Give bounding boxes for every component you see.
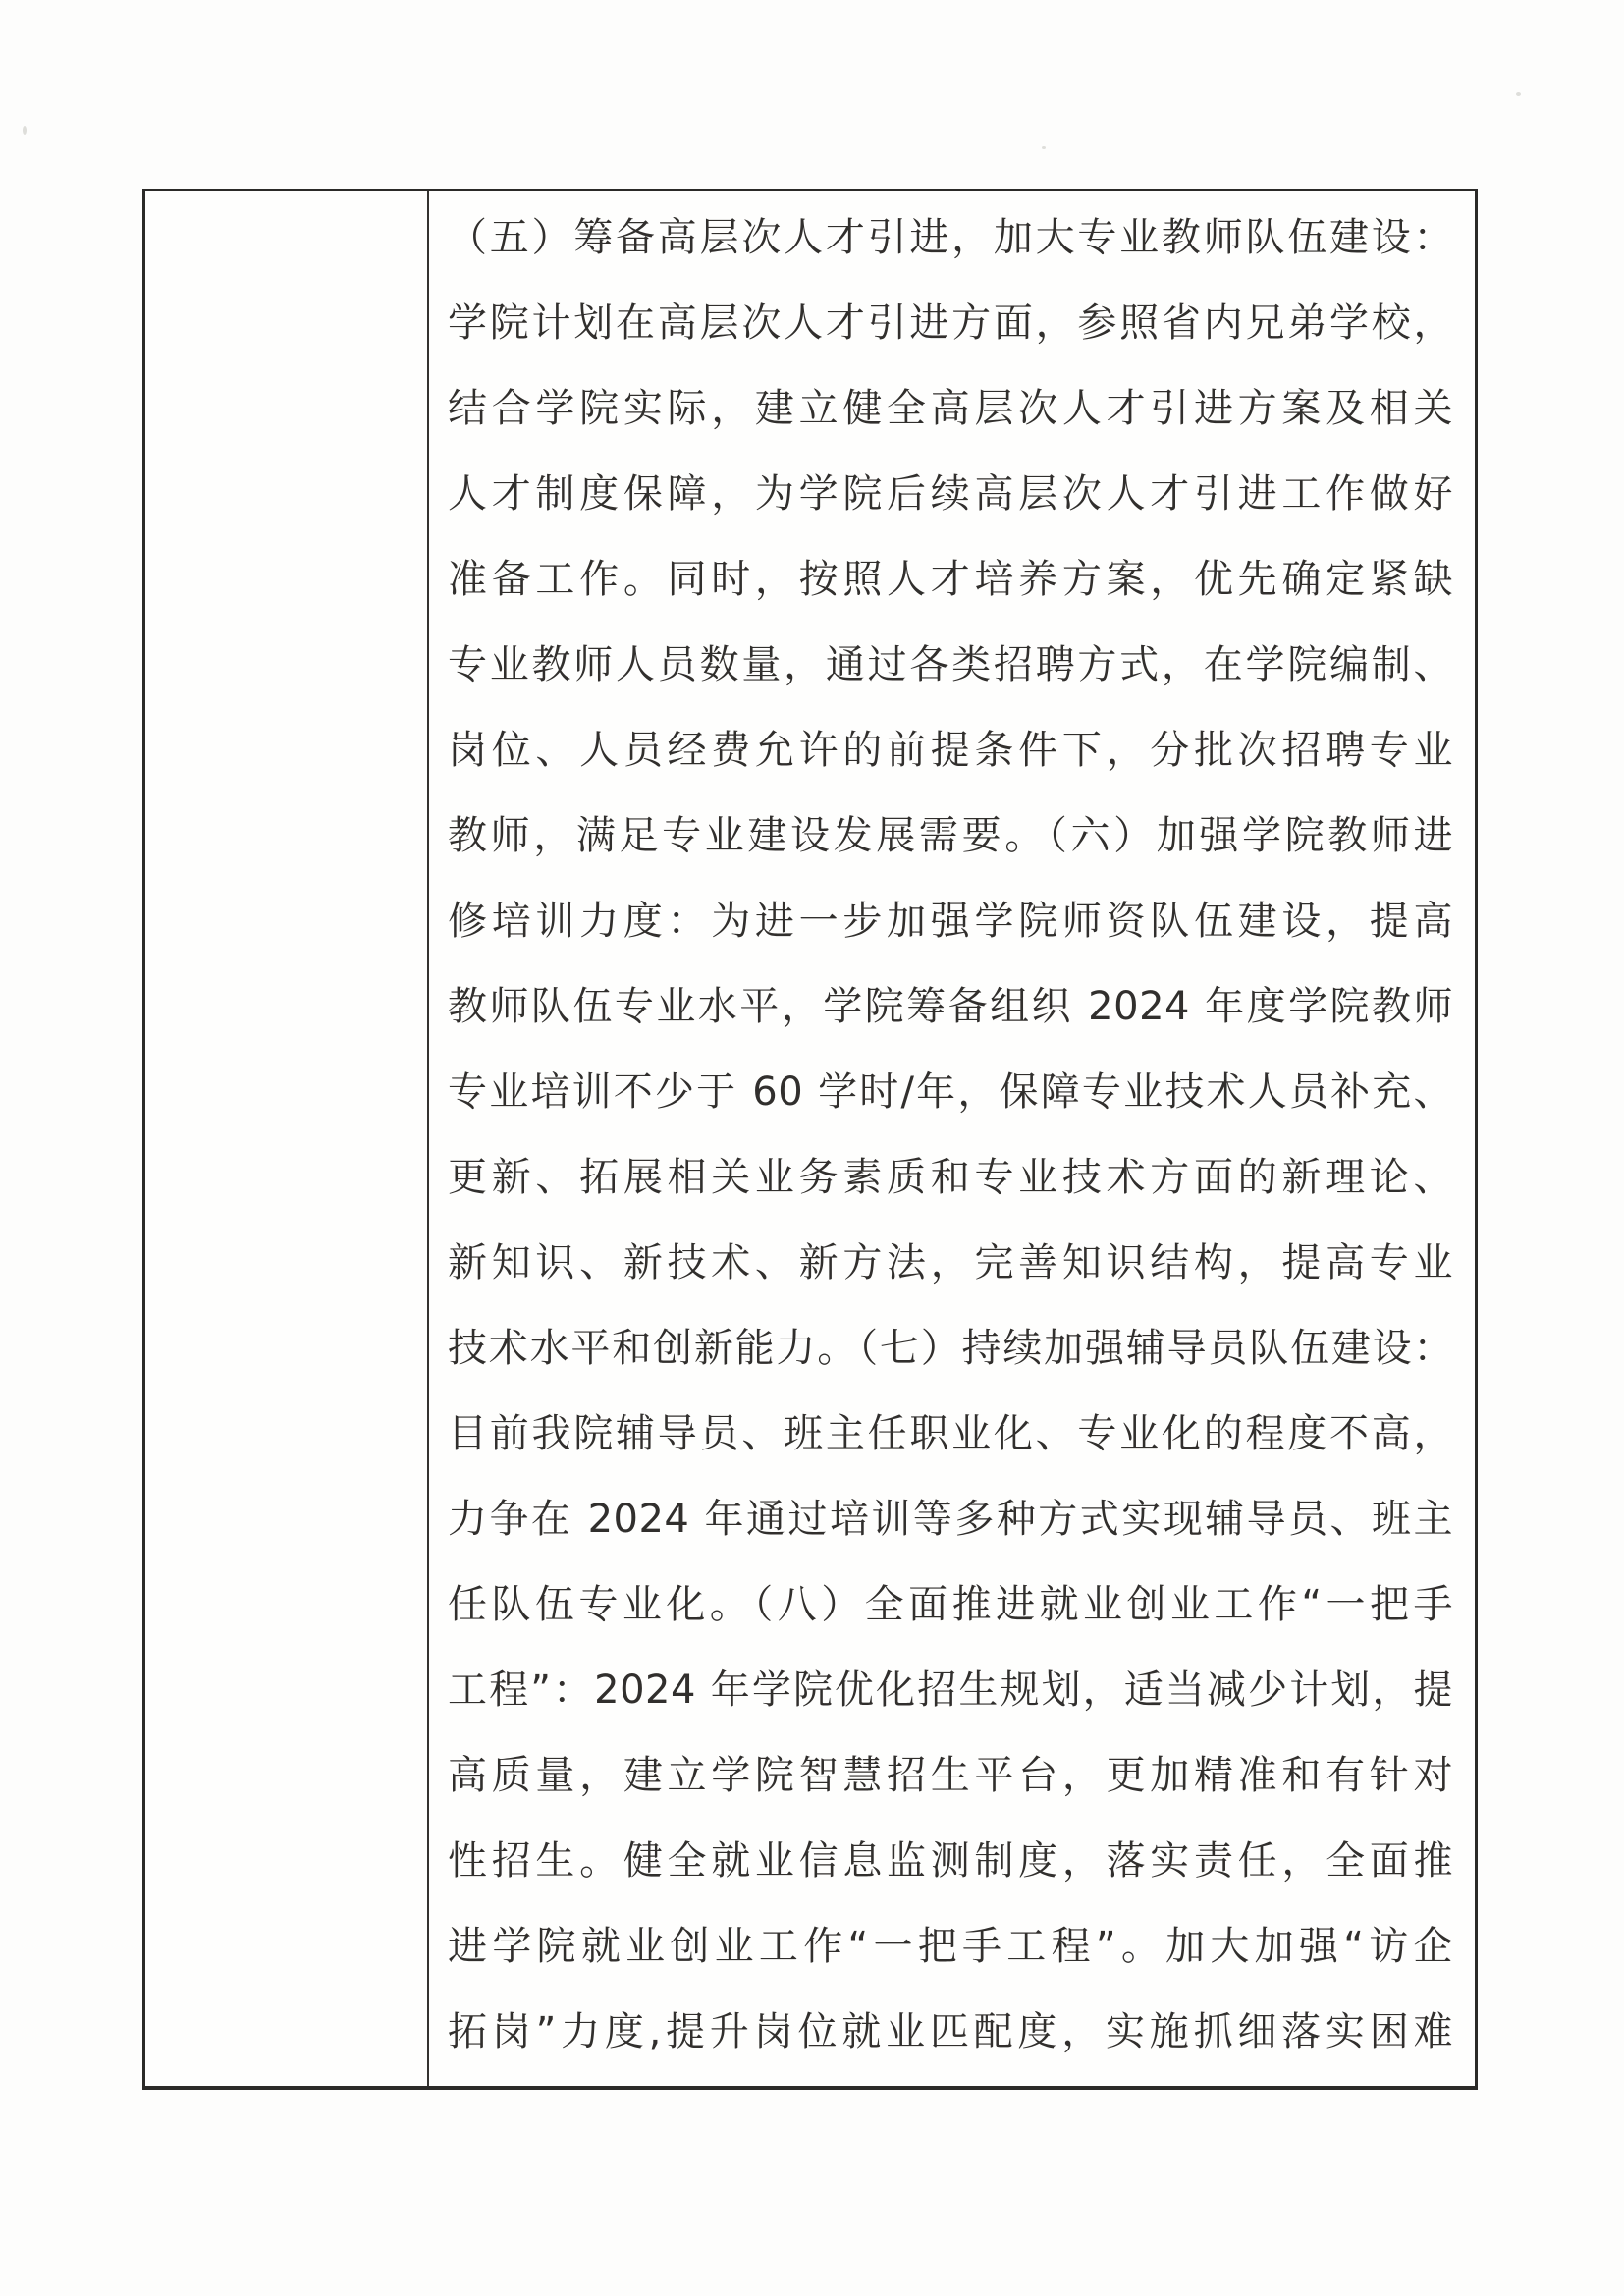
text-line: 拓岗”力度,提升岗位就业匹配度，实施抓细落实困难 (448, 1990, 1453, 2075)
text-line: 工程”：2024 年学院优化招生规划，适当减少计划，提 (448, 1648, 1453, 1733)
table-body-cell: （五）筹备高层次人才引进，加大专业教师队伍建设： 学院计划在高层次人才引进方面，… (429, 191, 1475, 2086)
text-line: 专业教师人员数量，通过各类招聘方式，在学院编制、 (448, 623, 1453, 708)
text-line: 新知识、新技术、新方法，完善知识结构，提高专业 (448, 1221, 1453, 1306)
content-table: （五）筹备高层次人才引进，加大专业教师队伍建设： 学院计划在高层次人才引进方面，… (142, 189, 1478, 2090)
scan-speck (23, 126, 27, 135)
text-line: 学院计划在高层次人才引进方面，参照省内兄弟学校， (448, 281, 1453, 366)
text-line: （五）筹备高层次人才引进，加大专业教师队伍建设： (448, 195, 1453, 281)
text-line: 人才制度保障，为学院后续高层次人才引进工作做好 (448, 452, 1453, 537)
table-label-cell (145, 191, 429, 2086)
scan-speck (1042, 146, 1046, 149)
document-page: （五）筹备高层次人才引进，加大专业教师队伍建设： 学院计划在高层次人才引进方面，… (0, 0, 1624, 2296)
text-line: 技术水平和创新能力。（七）持续加强辅导员队伍建设： (448, 1306, 1453, 1392)
text-line: 力争在 2024 年通过培训等多种方式实现辅导员、班主 (448, 1477, 1453, 1562)
text-line: 教师，满足专业建设发展需要。（六）加强学院教师进 (448, 793, 1453, 879)
text-line: 高质量，建立学院智慧招生平台，更加精准和有针对 (448, 1733, 1453, 1819)
text-line: 修培训力度：为进一步加强学院师资队伍建设，提高 (448, 879, 1453, 964)
text-line: 岗位、人员经费允许的前提条件下，分批次招聘专业 (448, 708, 1453, 793)
text-line: 目前我院辅导员、班主任职业化、专业化的程度不高， (448, 1392, 1453, 1477)
text-line: 性招生。健全就业信息监测制度，落实责任，全面推 (448, 1819, 1453, 1904)
text-line: 教师队伍专业水平，学院筹备组织 2024 年度学院教师 (448, 964, 1453, 1050)
text-line: 更新、拓展相关业务素质和专业技术方面的新理论、 (448, 1135, 1453, 1221)
text-line: 准备工作。同时，按照人才培养方案，优先确定紧缺 (448, 537, 1453, 623)
text-line: 结合学院实际，建立健全高层次人才引进方案及相关 (448, 366, 1453, 452)
text-line: 进学院就业创业工作“一把手工程”。加大加强“访企 (448, 1904, 1453, 1990)
text-line: 专业培训不少于 60 学时/年，保障专业技术人员补充、 (448, 1050, 1453, 1135)
text-line: 任队伍专业化。（八）全面推进就业创业工作“一把手 (448, 1562, 1453, 1648)
scan-speck (1516, 92, 1521, 96)
